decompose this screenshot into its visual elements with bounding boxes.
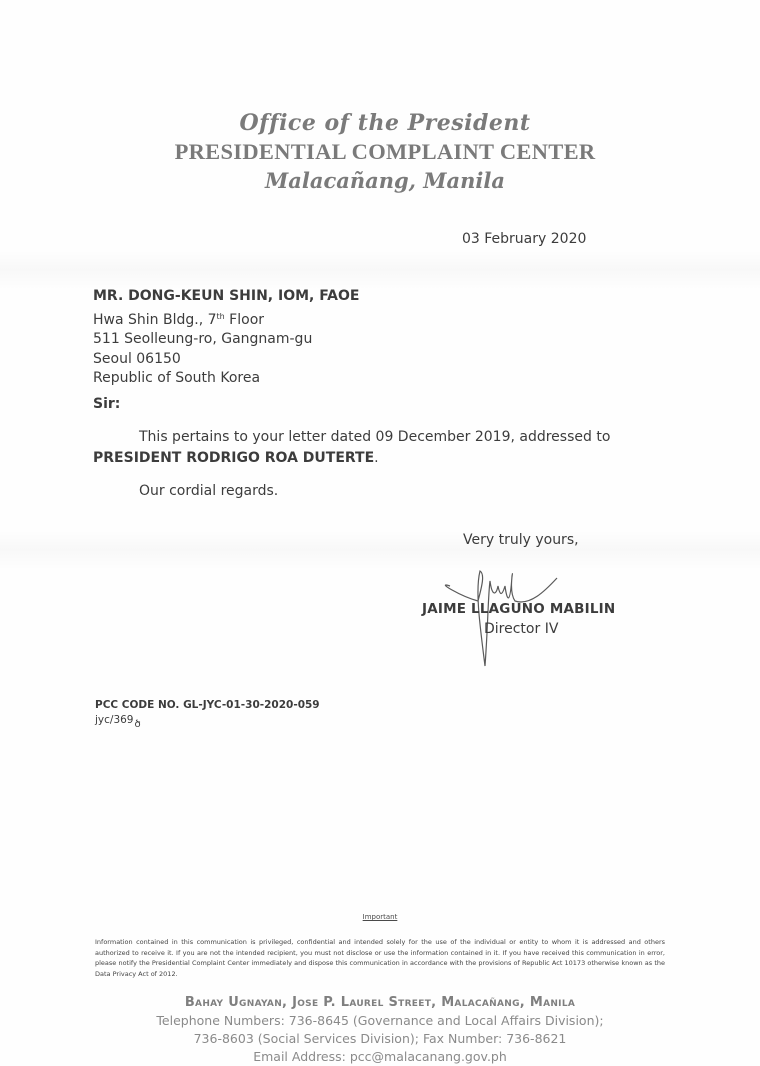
- letterhead-place: Malacañang, Manila: [10, 166, 760, 196]
- salutation: Sir:: [93, 396, 120, 412]
- letterhead-office: Office of the President: [10, 108, 760, 138]
- addressee-line-4: Republic of South Korea: [93, 369, 360, 389]
- letter-date: 03 February 2020: [462, 231, 586, 247]
- footer-address: Bahay Ugnayan, Jose P. Laurel Street, Ma…: [0, 994, 760, 1012]
- letter-page: Office of the President PRESIDENTIAL COM…: [0, 0, 760, 1066]
- body-paragraph: This pertains to your letter dated 09 De…: [93, 427, 653, 469]
- ordinal-suffix: th: [217, 312, 225, 321]
- footer-phone-2: 736-8603 (Social Services Division); Fax…: [0, 1030, 760, 1048]
- body-end: .: [374, 450, 378, 466]
- reference-initials: jyc/369ծ: [95, 714, 141, 730]
- scan-artifact: [0, 530, 760, 570]
- addressee-block: MR. DONG-KEUN SHIN, IOM, FAOE Hwa Shin B…: [93, 287, 360, 389]
- addressee-line-1-post: Floor: [225, 312, 264, 328]
- closing: Very truly yours,: [463, 532, 579, 548]
- addressee-name: MR. DONG-KEUN SHIN, IOM, FAOE: [93, 287, 360, 307]
- notice-heading: Important: [0, 913, 760, 921]
- addressee-line-3: Seoul 06150: [93, 350, 360, 370]
- body-emphasis: PRESIDENT RODRIGO ROA DUTERTE: [93, 450, 374, 466]
- body-text: This pertains to your letter dated 09 De…: [139, 429, 610, 445]
- letterhead-center: PRESIDENTIAL COMPLAINT CENTER: [10, 138, 760, 166]
- signer-title: Director IV: [484, 621, 558, 637]
- scan-artifact: [0, 250, 760, 290]
- regards: Our cordial regards.: [139, 483, 278, 499]
- addressee-line-1: Hwa Shin Bldg., 7th Floor: [93, 307, 360, 331]
- signature-icon: [430, 566, 570, 671]
- handwritten-mark-icon: ծ: [134, 719, 140, 730]
- pcc-code: PCC CODE NO. GL-JYC-01-30-2020-059: [95, 699, 320, 711]
- letterhead: Office of the President PRESIDENTIAL COM…: [0, 108, 760, 196]
- footer-email: Email Address: pcc@malacanang.gov.ph: [0, 1048, 760, 1066]
- signer-name: JAIME LLAGUNO MABILIN: [422, 601, 615, 617]
- addressee-line-1-text: Hwa Shin Bldg., 7: [93, 312, 217, 328]
- initials-text: jyc/369: [95, 714, 133, 726]
- footer-phone-1: Telephone Numbers: 736-8645 (Governance …: [0, 1012, 760, 1030]
- addressee-line-2: 511 Seolleung-ro, Gangnam-gu: [93, 330, 360, 350]
- footer: Bahay Ugnayan, Jose P. Laurel Street, Ma…: [0, 994, 760, 1066]
- notice-text: Information contained in this communicat…: [95, 937, 665, 979]
